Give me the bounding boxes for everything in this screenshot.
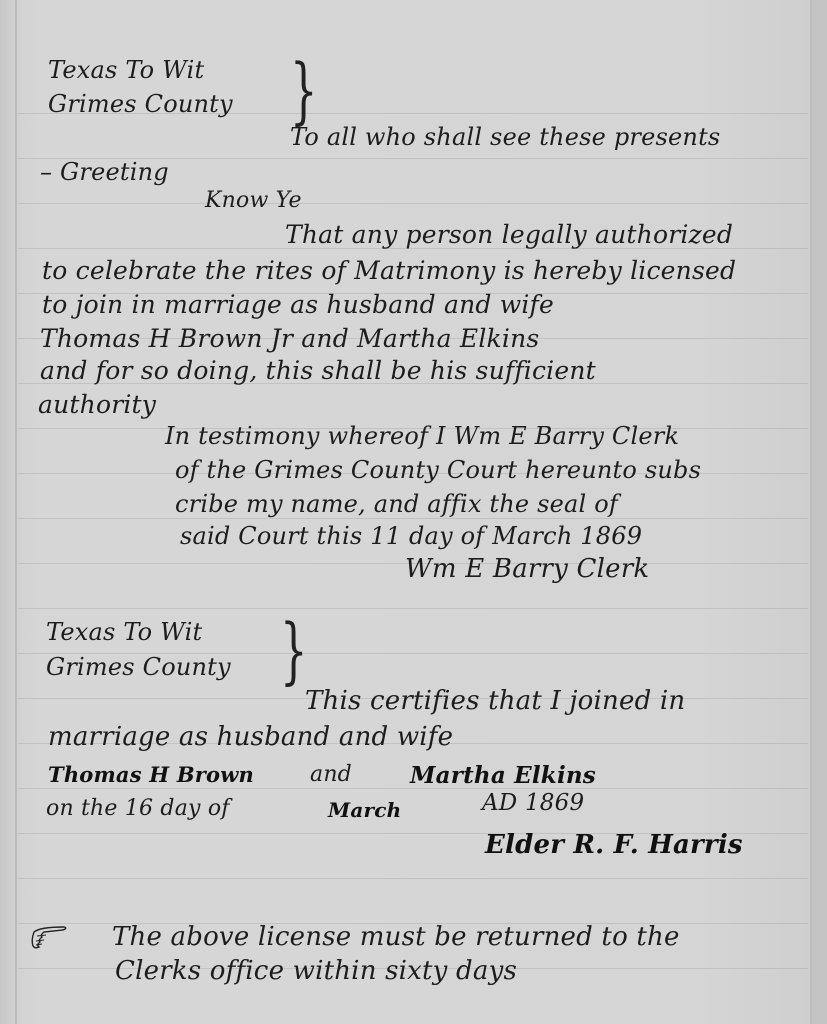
license-body-line-6: authority (38, 392, 156, 417)
certificate-venue-county: Grimes County (46, 655, 231, 679)
license-body-line-3: to join in marriage as husband and wife (42, 292, 554, 317)
certificate-body-line-1: This certifies that I joined in (305, 688, 685, 714)
certificate-date-prefix: on the 16 day of (46, 798, 230, 820)
officiant-signature: Elder R. F. Harris (485, 832, 743, 858)
certificate-year: AD 1869 (482, 792, 584, 815)
notice-line-1: The above license must be returned to th… (112, 924, 680, 950)
ruled-line (18, 203, 808, 204)
certificate-and: and (310, 764, 352, 786)
notice-line-2: Clerks office within sixty days (115, 958, 517, 984)
scan-margin (812, 0, 827, 1024)
pointing-hand-icon (30, 922, 68, 952)
testimony-line-1: In testimony whereof I Wm E Barry Clerk (165, 424, 679, 448)
certificate-month: March (328, 800, 401, 820)
ruled-line (18, 878, 808, 879)
document-page: Texas To Wit Grimes County } To all who … (0, 0, 812, 1024)
testimony-line-4: said Court this 11 day of March 1869 (180, 524, 642, 548)
ruled-line (18, 608, 808, 609)
testimony-line-2: of the Grimes County Court hereunto subs (175, 458, 701, 482)
venue-brace: } (290, 48, 317, 132)
ruled-line (18, 518, 808, 519)
certificate-bride: Martha Elkins (410, 764, 596, 787)
testimony-line-3: cribe my name, and affix the seal of (175, 492, 618, 516)
license-names-line: Thomas H Brown Jr and Martha Elkins (40, 326, 539, 351)
license-address: To all who shall see these presents (290, 125, 720, 149)
license-body-line-1: That any person legally authorized (285, 222, 733, 247)
license-body-line-5: and for so doing, this shall be his suff… (40, 358, 596, 383)
license-know-ye: Know Ye (205, 190, 302, 212)
venue-brace: } (280, 608, 307, 692)
page-edge-left (15, 0, 17, 1024)
certificate-venue-state: Texas To Wit (46, 620, 202, 644)
certificate-body-line-2: marriage as husband and wife (48, 724, 453, 750)
license-venue-county: Grimes County (48, 92, 233, 116)
license-greeting: – Greeting (40, 160, 169, 184)
license-venue-state: Texas To Wit (48, 58, 204, 82)
clerk-signature: Wm E Barry Clerk (405, 556, 649, 582)
certificate-groom: Thomas H Brown (48, 764, 254, 785)
license-body-line-2: to celebrate the rites of Matrimony is h… (42, 258, 736, 283)
